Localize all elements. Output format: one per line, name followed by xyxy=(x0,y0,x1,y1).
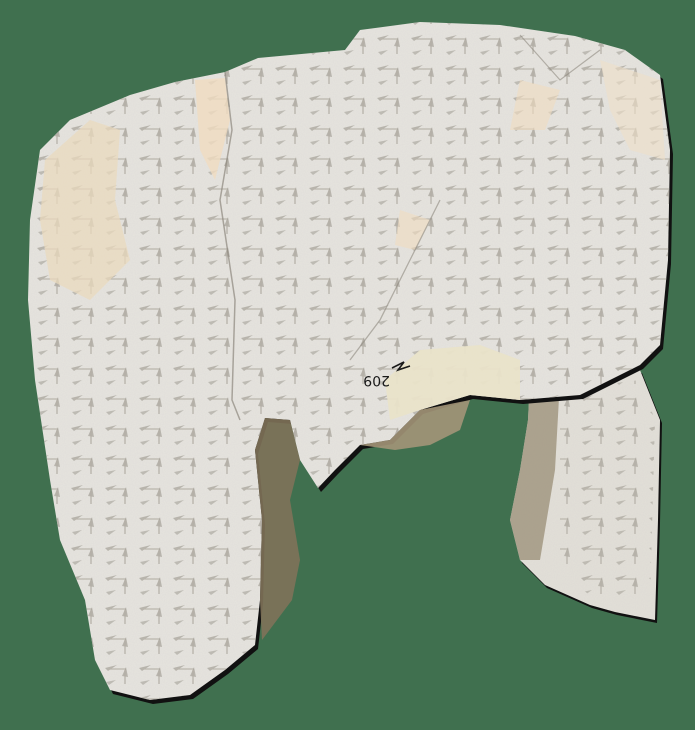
museum-number: 209 xyxy=(363,372,390,388)
tablet-photo: 209 xyxy=(0,0,695,730)
main-tablet xyxy=(28,22,673,704)
right-fragment xyxy=(510,370,662,623)
